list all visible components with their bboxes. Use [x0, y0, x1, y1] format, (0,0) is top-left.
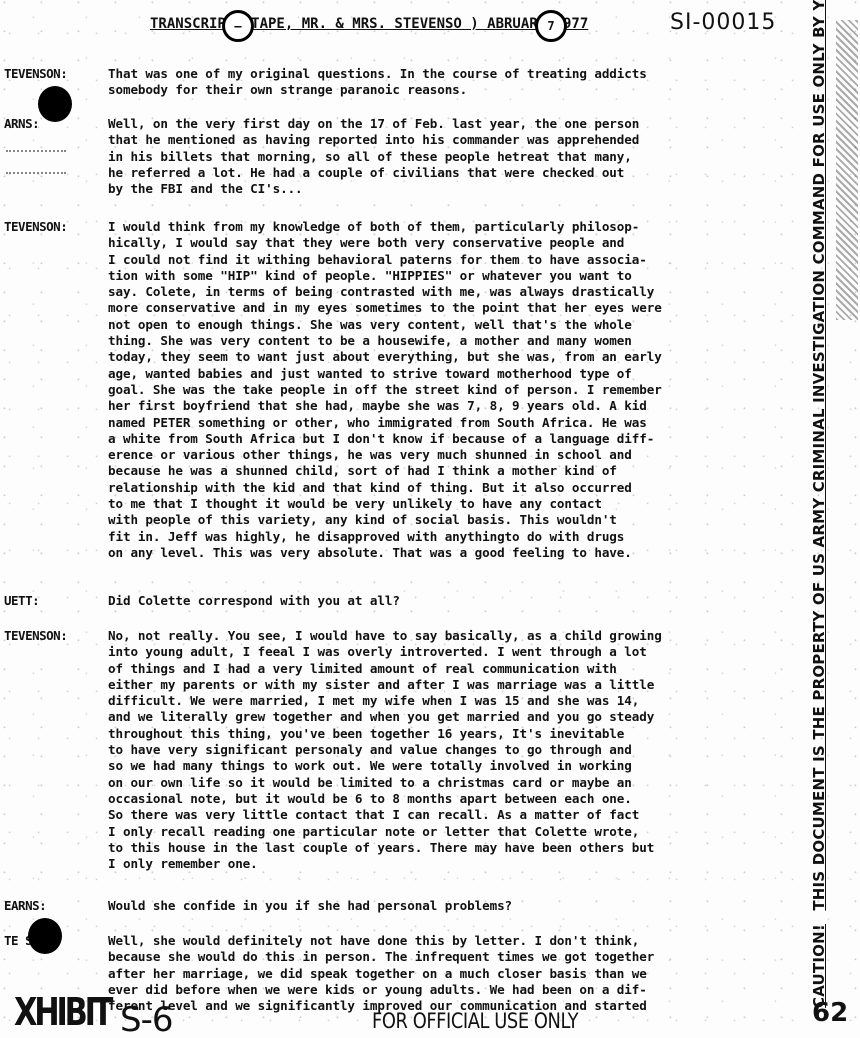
transcript-header: TRANSCRIP ( TAPE, MR. & MRS. STEVENSO ) … [150, 8, 790, 38]
header-title: TRANSCRIP ( TAPE, MR. & MRS. STEVENSO ) … [150, 16, 588, 32]
caution-sidebar: CAUTION! THIS DOCUMENT IS THE PROPERTY O… [798, 0, 860, 1038]
circled-mark-left: – [222, 10, 254, 42]
speaker-label: TEVENSON: [4, 628, 67, 643]
document-number: SI-00015 [670, 10, 776, 35]
entry-text: No, not really. You see, I would have to… [108, 628, 768, 872]
exhibit-stamp: XHIBIT [14, 990, 110, 1034]
official-use-footer: FOR OFFICIAL USE ONLY [372, 1009, 578, 1033]
entry-text: Would she confide in you if she had pers… [108, 898, 768, 914]
speaker-label: TEVENSON: [4, 66, 67, 81]
entry-text: Well, she would definitely not have done… [108, 933, 768, 1014]
entry-text: Did Colette correspond with you at all? [108, 593, 768, 609]
caution-body: THIS DOCUMENT IS THE PROPERTY OF US ARMY… [810, 0, 828, 911]
page-mark: 62 [812, 998, 848, 1028]
scan-noise [836, 20, 858, 320]
circled-mark-right: 7 [535, 10, 567, 42]
redaction-dot [28, 918, 62, 954]
exhibit-number: S-6 [120, 1000, 172, 1038]
caution-text: CAUTION! THIS DOCUMENT IS THE PROPERTY O… [810, 28, 832, 1008]
speaker-label: UETT: [4, 593, 39, 608]
speaker-label: TEVENSON: [4, 219, 67, 234]
margin-mark [6, 150, 66, 152]
caution-prefix: CAUTION! [810, 924, 828, 1008]
entry-text: Well, on the very first day on the 17 of… [108, 116, 768, 197]
entry-text: I would think from my knowledge of both … [108, 219, 768, 561]
speaker-label: ARNS: [4, 116, 39, 131]
entry-text: That was one of my original questions. I… [108, 66, 768, 99]
margin-mark [6, 172, 66, 174]
document-page: TRANSCRIP ( TAPE, MR. & MRS. STEVENSO ) … [0, 0, 860, 1038]
redaction-dot [38, 86, 72, 122]
speaker-label: EARNS: [4, 898, 46, 913]
